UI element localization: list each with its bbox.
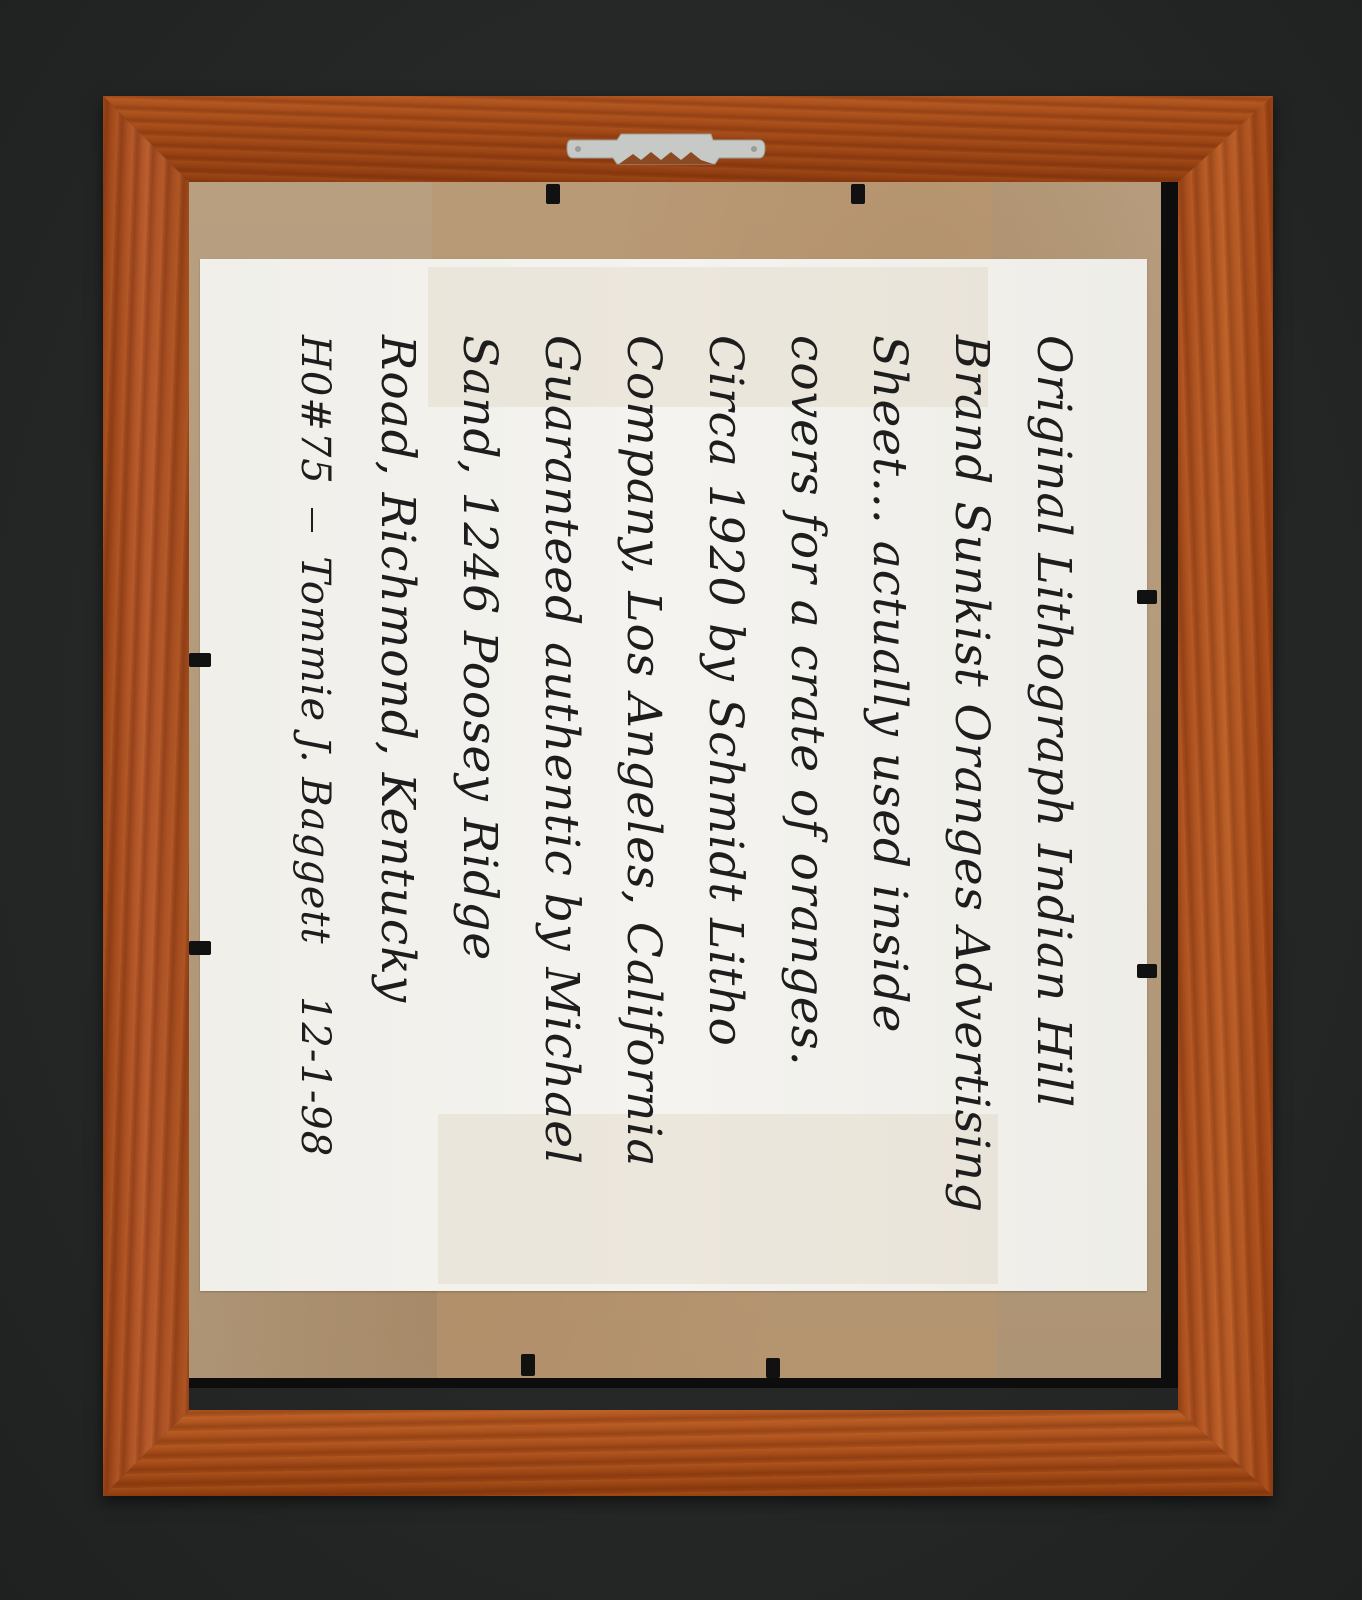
picture-frame: Original Lithograph Indian Hill Brand Su… bbox=[103, 96, 1273, 1496]
turn-clip bbox=[189, 653, 211, 667]
frame-rail-bottom bbox=[103, 1410, 1273, 1496]
note-line: Road, Richmond, Kentucky bbox=[356, 335, 438, 1215]
note-line: Sand, 1246 Poosey Ridge bbox=[438, 335, 520, 1215]
note-line: Original Lithograph Indian Hill bbox=[1012, 335, 1094, 1215]
note-line: Company, Los Angeles, California bbox=[602, 335, 684, 1215]
dash-divider bbox=[311, 508, 313, 532]
handwritten-note: Original Lithograph Indian Hill Brand Su… bbox=[254, 335, 1094, 1215]
turn-clip bbox=[851, 184, 865, 204]
note-line: Circa 1920 by Schmidt Litho bbox=[684, 335, 766, 1215]
tape-strip-top bbox=[432, 178, 992, 268]
turn-clip bbox=[1137, 590, 1157, 604]
signature-date: 12-1-98 bbox=[292, 996, 338, 1157]
turn-clip bbox=[546, 184, 560, 204]
signature-line: H0#75 Tommie J. Baggett 12-1-98 bbox=[274, 335, 356, 1215]
frame-rail-right bbox=[1178, 96, 1273, 1496]
item-number: H0#75 bbox=[292, 335, 338, 485]
note-line: Brand Sunkist Oranges Advertising bbox=[930, 335, 1012, 1215]
note-line: Guaranteed authentic by Michael bbox=[520, 335, 602, 1215]
sawtooth-hanger-icon bbox=[565, 130, 767, 170]
turn-clip bbox=[189, 941, 211, 955]
note-line: Sheet... actually used inside bbox=[848, 335, 930, 1215]
handwritten-note-paper: Original Lithograph Indian Hill Brand Su… bbox=[200, 259, 1147, 1291]
turn-clip bbox=[766, 1358, 780, 1378]
note-line: covers for a crate of oranges. bbox=[766, 335, 848, 1215]
turn-clip bbox=[1137, 964, 1157, 978]
turn-clip bbox=[521, 1354, 535, 1376]
frame-rail-left bbox=[103, 96, 189, 1496]
signature: Tommie J. Baggett bbox=[292, 556, 338, 944]
